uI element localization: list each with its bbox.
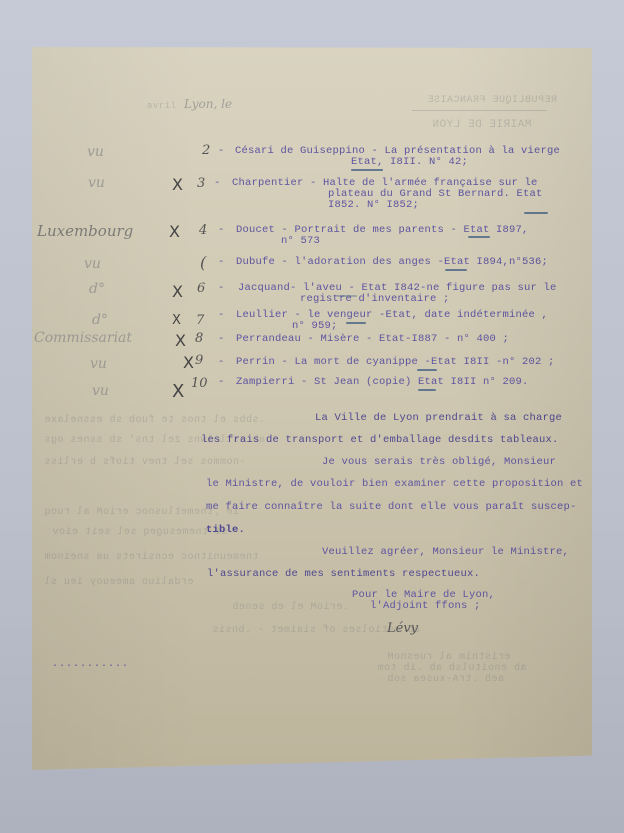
body-p2-line2: le Ministre, de vouloir bien examiner ce…	[206, 479, 583, 490]
item-3-line3: I852. N° I852;	[328, 200, 419, 211]
show-through-text: erdaliuo ameeuoy ieu sl	[44, 577, 194, 588]
underline-etat-3	[524, 212, 548, 214]
margin-note-item-10: vu	[92, 383, 109, 399]
body-p3-line1: Veuillez agréer, Monsieur le Ministre,	[322, 547, 569, 558]
body-p2-line3: me faire connaître la suite dont elle vo…	[206, 502, 577, 513]
item-3-dash: -	[214, 178, 221, 189]
underline-etat-5	[445, 269, 467, 271]
x-mark-item-10: X	[172, 381, 184, 402]
footer-dots: ...........	[52, 659, 129, 670]
show-through-text: tnemeunitnoc ecnsirets ua sneinom	[44, 552, 259, 563]
show-through-text: eristnim al ruesnoM	[387, 652, 511, 663]
margin-note-item-4: Luxembourg	[37, 222, 133, 240]
x-mark-item-7: X	[172, 313, 181, 328]
margin-note-item-3: vu	[88, 175, 105, 191]
body-p2-line4: tible.	[206, 525, 245, 536]
underline-etat-10	[418, 389, 436, 391]
item-8-line1: Perrandeau - Misère - Etat-I887 - n° 400…	[236, 334, 509, 345]
item-number-2: 2	[202, 143, 210, 158]
item-4-line1: Doucet - Portrait de mes parents - Etat …	[236, 225, 529, 236]
item-6-line2: registre d'inventaire ;	[300, 294, 450, 305]
top-handwriting: Lyon, le	[184, 97, 232, 111]
item-4-line2: n° 573	[281, 236, 320, 247]
body-p1-line1: La Ville de Lyon prendrait à sa charge	[315, 413, 562, 424]
body-p1-line2: les frais de transport et d'emballage de…	[201, 435, 559, 446]
margin-note-item-8: Commissariat	[34, 330, 132, 346]
item-7-line2: n° 959;	[292, 321, 338, 332]
item-number-4: 4	[199, 223, 207, 238]
show-through-text: -nommos sel tnev tiofs b erliss	[44, 457, 246, 468]
show-through-header-line1: REPUBLIQUE FRANCAISE	[427, 95, 557, 106]
item-2-line2: Etat, I8II. N° 42;	[351, 157, 468, 168]
margin-note-item-2: vu	[87, 144, 104, 160]
show-through-rule	[412, 110, 547, 111]
margin-note-item-6: d°	[89, 281, 105, 297]
item-number-3: 3	[197, 176, 205, 191]
body-p2-line1: Je vous serais très obligé, Monsieur	[322, 457, 556, 468]
show-through-text: .sbbs el tnos te fuob sb essnelaxe	[44, 415, 265, 426]
margin-note-item-9: vu	[90, 356, 107, 372]
show-through-text: ab estiolses of siaimet - .bnsis	[212, 625, 420, 636]
x-mark-item-6: X	[172, 282, 183, 301]
underline-etat-9	[417, 369, 437, 371]
item-9-dash: -	[218, 357, 225, 368]
item-5-line1: Dubufe - l'adoration des anges -Etat I89…	[236, 257, 548, 268]
item-number-7: 7	[196, 313, 204, 328]
item-number-6: 6	[197, 281, 205, 296]
item-9-line1: Perrin - La mort de cyanippe -Etat I8II …	[236, 357, 555, 368]
item-4-dash: -	[218, 225, 225, 236]
x-mark-item-9: X	[183, 353, 194, 372]
margin-note-item-5: vu	[84, 256, 101, 272]
item-7-dash: -	[218, 310, 225, 321]
item-number-5-paren: (	[200, 253, 206, 272]
letter-paper: REPUBLIQUE FRANCAISE MAIRIE DE LYON Lyon…	[32, 47, 592, 770]
item-number-8: 8	[195, 331, 203, 346]
show-through-text: .erioM el eb seneb	[232, 602, 349, 613]
item-6-dash: -	[218, 283, 225, 294]
underline-etat-4	[468, 236, 490, 238]
signature-line2: l'Adjoint ffons ;	[370, 601, 481, 612]
x-mark-item-4: X	[169, 222, 180, 241]
underline-etat-7	[346, 322, 366, 324]
top-date-fragment: avril	[147, 101, 177, 111]
show-through-header-line2: MAIRIE DE LYON	[432, 119, 531, 131]
underline-etat-2	[351, 169, 383, 171]
show-through-text: si tnemesugeq sel seit eiov	[52, 527, 228, 538]
item-7-line1: Leullier - le vengeur -Etat, date indéte…	[236, 310, 548, 321]
item-10-line1: Zampierri - St Jean (copie) Etat I8II n°…	[236, 377, 529, 388]
margin-note-item-7: d°	[92, 312, 108, 328]
item-8-dash: -	[218, 334, 225, 345]
item-number-9: 9	[195, 353, 203, 368]
item-number-10: 10	[191, 376, 208, 391]
x-mark-item-3: X	[172, 175, 183, 194]
underline-etat-6	[337, 295, 357, 297]
show-through-text: aeb .trA-xusea sob	[387, 674, 504, 685]
x-mark-item-8: X	[175, 331, 186, 350]
item-10-dash: -	[218, 377, 225, 388]
item-5-dash: -	[218, 257, 225, 268]
body-p3-line2: l'assurance de mes sentiments respectueu…	[207, 569, 480, 580]
show-through-text: ab enoitulsb ab .ib tom	[377, 663, 527, 674]
item-2-dash: -	[218, 146, 225, 157]
